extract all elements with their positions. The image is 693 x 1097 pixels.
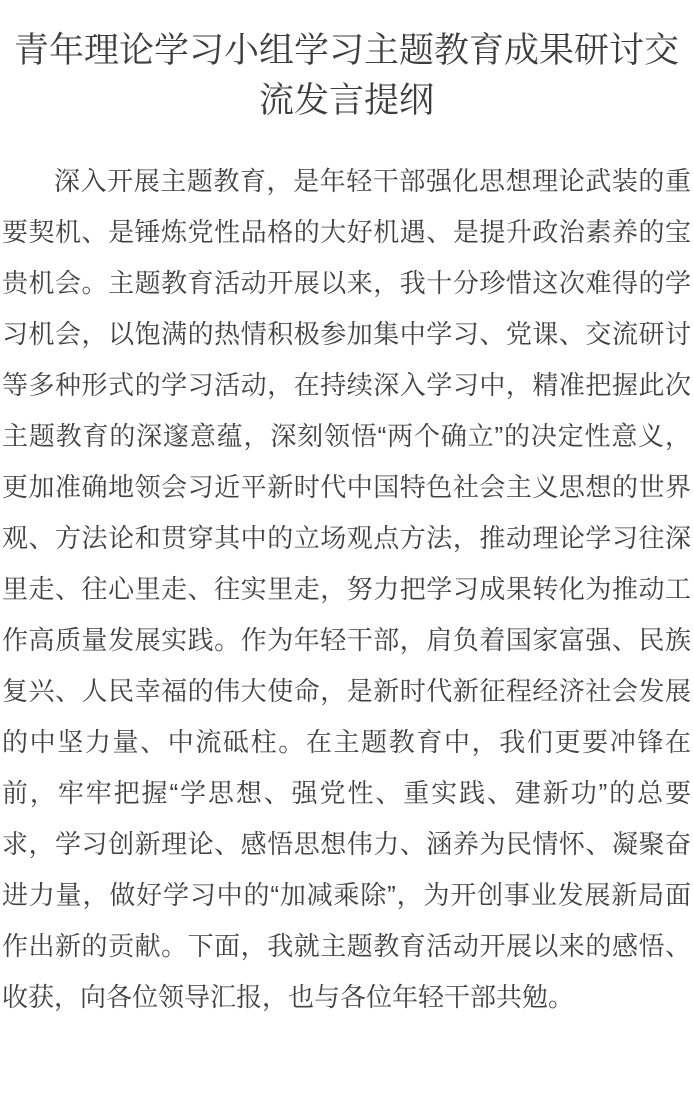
document-body-paragraph: 深入开展主题教育，是年轻干部强化思想理论武装的重要契机、是锤炼党性品格的大好机遇… <box>2 156 691 1023</box>
document-page: 青年理论学习小组学习主题教育成果研讨交流发言提纲 深入开展主题教育，是年轻干部强… <box>0 0 693 1097</box>
document-title: 青年理论学习小组学习主题教育成果研讨交流发言提纲 <box>2 26 691 126</box>
